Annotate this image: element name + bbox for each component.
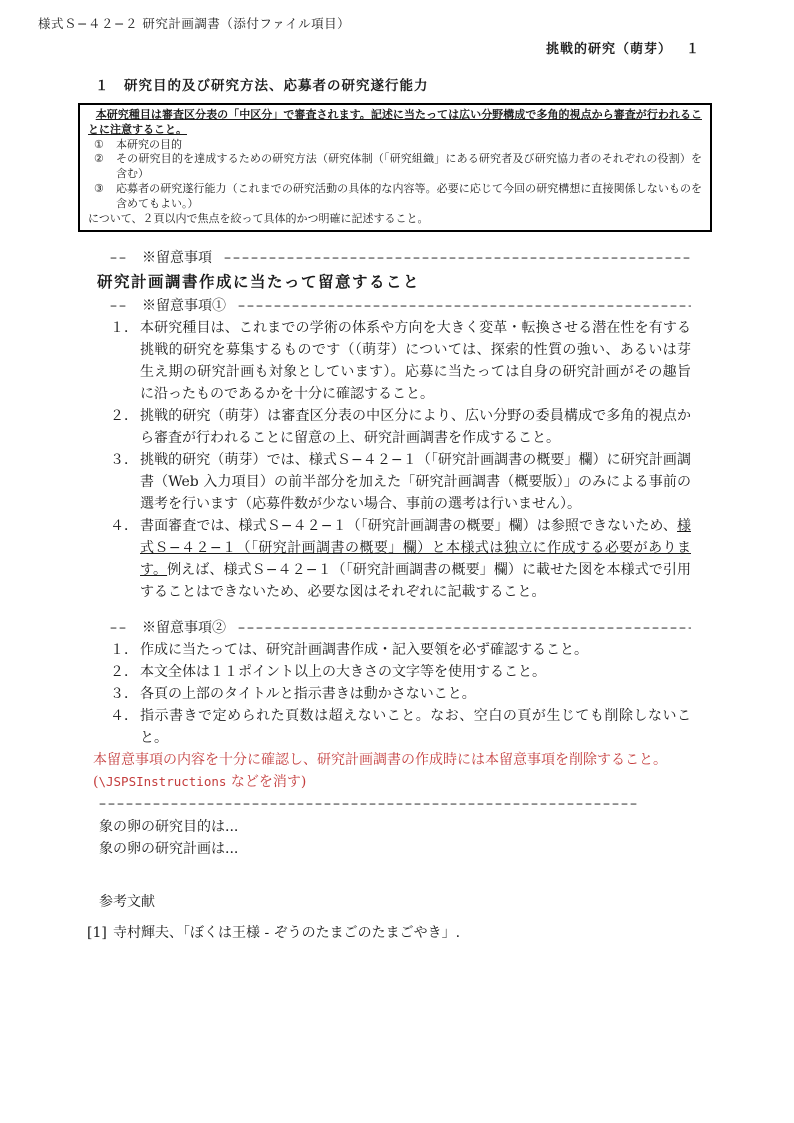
circled-number-3: ③ [94, 182, 116, 212]
note-item-number: ４． [110, 515, 140, 603]
note-item-number: ２． [110, 405, 140, 449]
note-item-number: ２． [110, 661, 140, 683]
note-item: ３． 各頁の上部のタイトルと指示書きは動かさないこと。 [97, 683, 691, 705]
red-warning-line2: (\JSPSInstructions などを消す) [93, 771, 691, 793]
note-item-number: ３． [110, 683, 140, 705]
section-title: １ 研究目的及び研究方法、応募者の研究遂行能力 [95, 74, 794, 94]
dash-prefix: –– [110, 247, 128, 269]
main-content: １ 研究目的及び研究方法、応募者の研究遂行能力 本研究種目は審査区分表の「中区分… [0, 74, 794, 944]
notes-heading: 研究計画調書作成に当たって留意すること [97, 269, 691, 295]
notes-divider-label: ※留意事項 [142, 247, 212, 269]
notes-section: –– ※留意事項 –––––––––––––––––––––––––––––––… [97, 247, 691, 944]
note-item: ４． 指示書きで定められた頁数は超えないこと。なお、空白の頁が生じても削除しない… [97, 705, 691, 749]
references-heading: 参考文献 [99, 891, 691, 913]
instruction-box-item-text: その研究目的を達成するための研究方法（研究体制（「研究組織」にある研究者及び研究… [116, 152, 702, 182]
reference-label: [1] [87, 922, 113, 944]
research-category-label: 挑戦的研究（萌芽） [546, 42, 672, 57]
circled-number-2: ② [94, 152, 116, 182]
dash-prefix: –– [110, 617, 128, 639]
instruction-box-item: ③ 応募者の研究遂行能力（これまでの研究活動の具体的な内容等。必要に応じて今回の… [94, 182, 702, 212]
notes-section2-divider: –– ※留意事項② ––––––––––––––––––––––––––––––… [97, 617, 691, 639]
form-code-header: 様式Ｓ−４２−２ 研究計画調書（添付ファイル項目） [38, 14, 350, 32]
note-item-text: 本文全体は１１ポイント以上の大きさの文字等を使用すること。 [140, 661, 691, 683]
instruction-box-lead: 本研究種目は審査区分表の「中区分」で審査されます。記述に当たっては広い分野構成で… [88, 108, 702, 138]
note-item: ３． 挑戦的研究（萌芽）では、様式Ｓ−４２−１（「研究計画調書の概要」欄）に研究… [97, 449, 691, 515]
reference-entry: [1] 寺村輝夫、「ぼくは王様 - ぞうのたまごのたまごやき」. [87, 922, 691, 944]
note-item-text: 書面審査では、様式Ｓ−４２−１（「研究計画調書の概要」欄）は参照できないため、様… [140, 515, 691, 603]
note-item-number: １． [110, 639, 140, 661]
note-item-text-pre: 書面審査では、様式Ｓ−４２−１（「研究計画調書の概要」欄）は参照できないため、 [140, 518, 677, 534]
note-item-text: 本研究種目は、これまでの学術の体系や方向を大きく変革・転換させる潜在性を有する挑… [140, 317, 691, 405]
tex-command: \JSPSInstructions [98, 774, 226, 789]
instruction-box-item-text: 本研究の目的 [116, 138, 702, 153]
red-warning-line2-suffix: などを消す) [226, 774, 306, 790]
note-item-text: 挑戦的研究（萌芽）では、様式Ｓ−４２−１（「研究計画調書の概要」欄）に研究計画調… [140, 449, 691, 515]
dash-fill: ––––––––––––––––––––––––––––––––––––––––… [238, 295, 691, 317]
note-item: ２． 挑戦的研究（萌芽）は審査区分表の中区分により、広い分野の委員構成で多角的視… [97, 405, 691, 449]
notes-section1-divider: –– ※留意事項① ––––––––––––––––––––––––––––––… [97, 295, 691, 317]
note-item-number: ３． [110, 449, 140, 515]
note-item: ４． 書面審査では、様式Ｓ−４２−１（「研究計画調書の概要」欄）は参照できないた… [97, 515, 691, 603]
instruction-box: 本研究種目は審査区分表の「中区分」で審査されます。記述に当たっては広い分野構成で… [78, 103, 712, 232]
notes-divider: –– ※留意事項 –––––––––––––––––––––––––––––––… [97, 247, 691, 269]
note-item-text: 作成に当たっては、研究計画調書作成・記入要領を必ず確認すること。 [140, 639, 691, 661]
instruction-box-item: ① 本研究の目的 [94, 138, 702, 153]
document-page: 様式Ｓ−４２−２ 研究計画調書（添付ファイル項目） 挑戦的研究（萌芽）１ １ 研… [0, 0, 794, 1123]
note-item-text-post: 例えば、様式Ｓ−４２−１（「研究計画調書の概要」欄）に載せた図を本様式で引用する… [140, 562, 691, 600]
body-text-line: 象の卵の研究目的は... [99, 816, 691, 838]
notes-section2-label: ※留意事項② [142, 617, 226, 639]
note-item: ２． 本文全体は１１ポイント以上の大きさの文字等を使用すること。 [97, 661, 691, 683]
page-number: １ [686, 42, 700, 57]
note-item: １． 本研究種目は、これまでの学術の体系や方向を大きく変革・転換させる潜在性を有… [97, 317, 691, 405]
instruction-box-item: ② その研究目的を達成するための研究方法（研究体制（「研究組織」にある研究者及び… [94, 152, 702, 182]
dash-fill: ––––––––––––––––––––––––––––––––––––––––… [238, 617, 691, 639]
page-header: 挑戦的研究（萌芽）１ [546, 38, 700, 57]
body-text-line: 象の卵の研究計画は... [99, 838, 691, 860]
instruction-box-closing: について、２頁以内で焦点を絞って具体的かつ明確に記述すること。 [88, 212, 702, 227]
note-item-text: 各頁の上部のタイトルと指示書きは動かさないこと。 [140, 683, 691, 705]
circled-number-1: ① [94, 138, 116, 153]
note-item: １． 作成に当たっては、研究計画調書作成・記入要領を必ず確認すること。 [97, 639, 691, 661]
note-item-text: 挑戦的研究（萌芽）は審査区分表の中区分により、広い分野の委員構成で多角的視点から… [140, 405, 691, 449]
note-item-number: ４． [110, 705, 140, 749]
reference-text: 寺村輝夫、「ぼくは王様 - ぞうのたまごのたまごやき」. [113, 922, 460, 944]
dash-prefix: –– [110, 295, 128, 317]
notes-section1-label: ※留意事項① [142, 295, 226, 317]
instruction-box-item-text: 応募者の研究遂行能力（これまでの研究活動の具体的な内容等。必要に応じて今回の研究… [116, 182, 702, 212]
dashed-separator: ––––––––––––––––––––––––––––––––––––––––… [99, 793, 691, 815]
note-item-number: １． [110, 317, 140, 405]
note-item-text: 指示書きで定められた頁数は超えないこと。なお、空白の頁が生じても削除しないこと。 [140, 705, 691, 749]
red-warning-line1: 本留意事項の内容を十分に確認し、研究計画調書の作成時には本留意事項を削除すること… [93, 749, 691, 771]
dash-fill: ––––––––––––––––––––––––––––––––––––––––… [224, 247, 691, 269]
